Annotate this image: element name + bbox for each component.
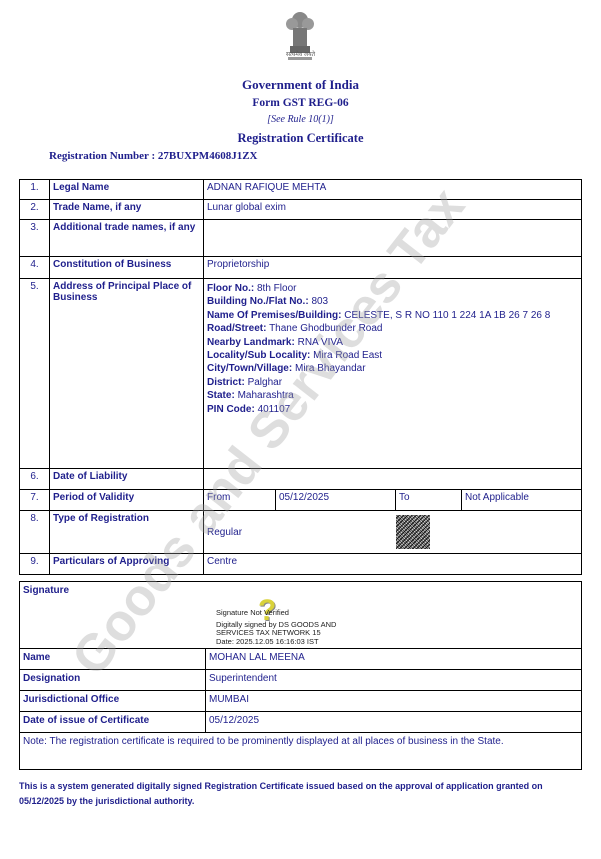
designation-label: Designation	[20, 670, 206, 691]
table-row: 1. Legal Name ADNAN RAFIQUE MEHTA	[20, 180, 582, 200]
trade-name-value: Lunar global exim	[204, 200, 582, 220]
address-road: Road/Street: Thane Ghodbunder Road	[207, 322, 578, 335]
rule-reference: [See Rule 10(1)]	[0, 114, 601, 125]
footer-statement: This is a system generated digitally sig…	[19, 779, 579, 809]
particulars-of-approving-label: Particulars of Approving	[50, 554, 204, 575]
constitution-label: Constitution of Business	[50, 257, 204, 279]
form-title: Form GST REG-06	[0, 97, 601, 109]
legal-name-value: ADNAN RAFIQUE MEHTA	[204, 180, 582, 200]
signature-table: Signature ? Signature Not Verified Digit…	[19, 581, 582, 770]
row-number: 8.	[20, 511, 50, 554]
validity-from-value: 05/12/2025	[276, 490, 396, 511]
designation-value: Superintendent	[206, 670, 582, 691]
registration-number: Registration Number : 27BUXPM4608J1ZX	[49, 150, 257, 162]
signature-status: Signature Not Verified	[216, 609, 336, 618]
table-row: Designation Superintendent	[20, 670, 582, 691]
note-row: Note: The registration certificate is re…	[20, 733, 582, 770]
details-table: 1. Legal Name ADNAN RAFIQUE MEHTA 2. Tra…	[19, 179, 582, 575]
row-number: 5.	[20, 279, 50, 469]
note-text: Note: The registration certificate is re…	[20, 733, 582, 770]
address-label: Address of Principal Place of Business	[50, 279, 204, 469]
address-premises: Name Of Premises/Building: CELESTE, S R …	[207, 309, 578, 322]
row-number: 9.	[20, 554, 50, 575]
row-number: 3.	[20, 220, 50, 257]
legal-name-label: Legal Name	[50, 180, 204, 200]
validity-from-label: From	[204, 490, 276, 511]
signature-date: Date: 2025.12.05 16:16:03 IST	[216, 638, 336, 647]
period-of-validity-label: Period of Validity	[50, 490, 204, 511]
type-of-registration-label: Type of Registration	[50, 511, 204, 554]
row-number: 7.	[20, 490, 50, 511]
jurisdictional-office-value: MUMBAI	[206, 691, 582, 712]
signature-row: Signature ? Signature Not Verified Digit…	[20, 582, 582, 649]
table-row: 6. Date of Liability	[20, 469, 582, 490]
date-of-issue-value: 05/12/2025	[206, 712, 582, 733]
national-emblem-icon	[282, 8, 318, 68]
table-row: Jurisdictional Office MUMBAI	[20, 691, 582, 712]
officer-name-value: MOHAN LAL MEENA	[206, 649, 582, 670]
row-number: 2.	[20, 200, 50, 220]
table-row: Date of issue of Certificate 05/12/2025	[20, 712, 582, 733]
additional-trade-names-label: Additional trade names, if any	[50, 220, 204, 257]
additional-trade-names-value	[204, 220, 582, 257]
table-row: Name MOHAN LAL MEENA	[20, 649, 582, 670]
qr-code-icon	[396, 515, 430, 549]
signature-cell: Signature ? Signature Not Verified Digit…	[20, 582, 582, 649]
address-state: State: Maharashtra	[207, 389, 578, 402]
type-of-registration-value: Regular	[207, 527, 242, 538]
address-pin: PIN Code: 401107	[207, 403, 578, 416]
address-building: Building No./Flat No.: 803	[207, 295, 578, 308]
certificate-title: Registration Certificate	[0, 131, 601, 146]
emblem-caption: सत्यमेव जयते	[0, 50, 601, 58]
address-value: Floor No.: 8th Floor Building No./Flat N…	[204, 279, 582, 469]
table-row: 8. Type of Registration Regular	[20, 511, 582, 554]
table-row: 3. Additional trade names, if any	[20, 220, 582, 257]
table-row: 4. Constitution of Business Proprietorsh…	[20, 257, 582, 279]
row-number: 4.	[20, 257, 50, 279]
signature-label: Signature	[23, 585, 69, 596]
constitution-value: Proprietorship	[204, 257, 582, 279]
date-of-issue-label: Date of issue of Certificate	[20, 712, 206, 733]
table-row: 9. Particulars of Approving Centre	[20, 554, 582, 575]
particulars-of-approving-value: Centre	[204, 554, 582, 575]
address-floor: Floor No.: 8th Floor	[207, 282, 578, 295]
signature-details: Signature Not Verified Digitally signed …	[216, 609, 336, 646]
table-row: 2. Trade Name, if any Lunar global exim	[20, 200, 582, 220]
date-of-liability-value	[204, 469, 582, 490]
row-number: 1.	[20, 180, 50, 200]
jurisdictional-office-label: Jurisdictional Office	[20, 691, 206, 712]
government-title: Government of India	[0, 77, 601, 93]
address-district: District: Palghar	[207, 376, 578, 389]
address-city: City/Town/Village: Mira Bhayandar	[207, 362, 578, 375]
address-landmark: Nearby Landmark: RNA VIVA	[207, 336, 578, 349]
type-of-registration-cell: Regular	[204, 511, 582, 554]
date-of-liability-label: Date of Liability	[50, 469, 204, 490]
trade-name-label: Trade Name, if any	[50, 200, 204, 220]
table-row: 7. Period of Validity From 05/12/2025 To…	[20, 490, 582, 511]
officer-name-label: Name	[20, 649, 206, 670]
table-row: 5. Address of Principal Place of Busines…	[20, 279, 582, 469]
validity-to-label: To	[396, 490, 462, 511]
validity-to-value: Not Applicable	[462, 490, 582, 511]
row-number: 6.	[20, 469, 50, 490]
address-locality: Locality/Sub Locality: Mira Road East	[207, 349, 578, 362]
